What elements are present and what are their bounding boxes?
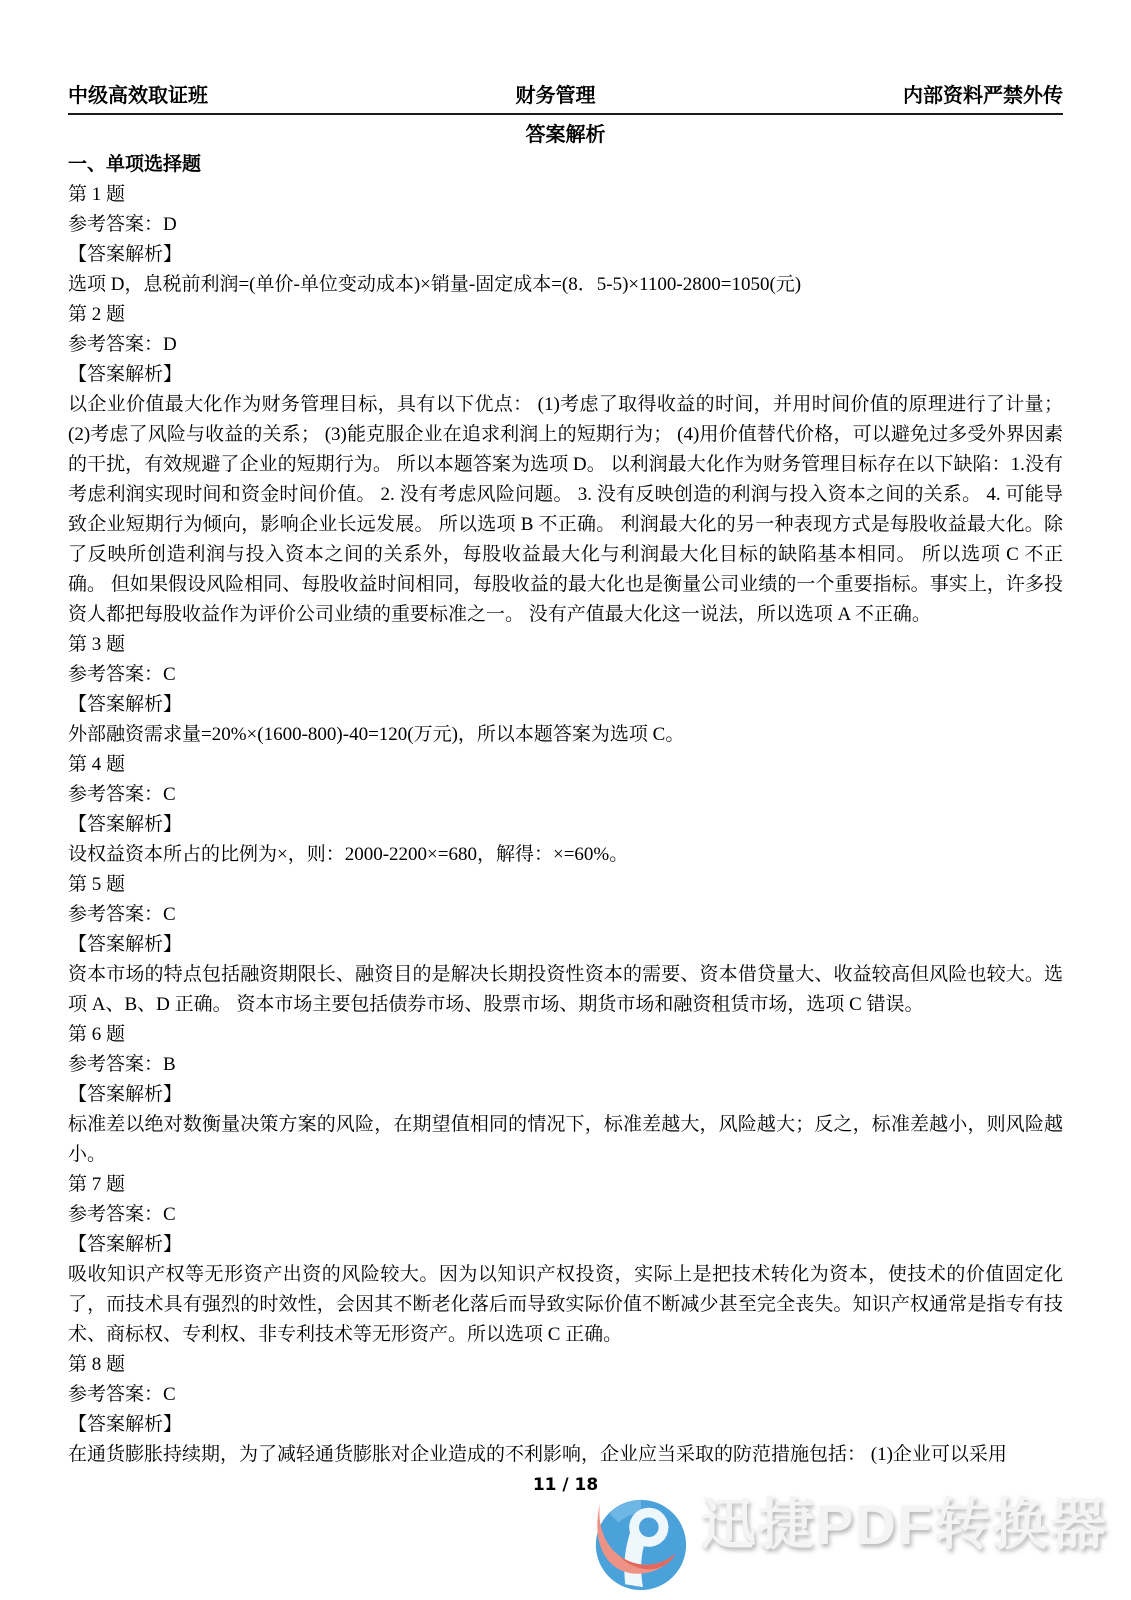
document-title: 答案解析 (68, 120, 1063, 150)
analysis-text: 在通货膨胀持续期，为了减轻通货膨胀对企业造成的不利影响，企业应当采取的防范措施包… (68, 1440, 1063, 1470)
question-block: 第 6 题 参考答案：B 【答案解析】 标准差以绝对数衡量决策方案的风险，在期望… (68, 1020, 1063, 1170)
reference-answer: 参考答案：C (68, 1380, 1063, 1410)
header-confidential-notice: 内部资料严禁外传 (903, 84, 1063, 108)
question-block: 第 2 题 参考答案：D 【答案解析】 以企业价值最大化作为财务管理目标，具有以… (68, 300, 1063, 630)
analysis-label: 【答案解析】 (68, 1080, 1063, 1110)
analysis-text: 资本市场的特点包括融资期限长、融资目的是解决长期投资性资本的需要、资本借贷量大、… (68, 960, 1063, 1020)
reference-answer: 参考答案：B (68, 1050, 1063, 1080)
analysis-label: 【答案解析】 (68, 690, 1063, 720)
reference-answer: 参考答案：C (68, 780, 1063, 810)
question-block: 第 7 题 参考答案：C 【答案解析】 吸收知识产权等无形资产出资的风险较大。因… (68, 1170, 1063, 1350)
header-rule (68, 113, 1063, 115)
analysis-text: 标准差以绝对数衡量决策方案的风险，在期望值相同的情况下，标准差越大，风险越大；反… (68, 1110, 1063, 1170)
reference-answer: 参考答案：D (68, 210, 1063, 240)
reference-answer: 参考答案：D (68, 330, 1063, 360)
question-block: 第 1 题 参考答案：D 【答案解析】 选项 D，息税前利润=(单价-单位变动成… (68, 180, 1063, 300)
analysis-label: 【答案解析】 (68, 1410, 1063, 1440)
reference-answer: 参考答案：C (68, 900, 1063, 930)
analysis-text: 选项 D，息税前利润=(单价-单位变动成本)×销量-固定成本=(8．5-5)×1… (68, 270, 1063, 300)
question-number: 第 7 题 (68, 1170, 1063, 1200)
question-block: 第 8 题 参考答案：C 【答案解析】 在通货膨胀持续期，为了减轻通货膨胀对企业… (68, 1350, 1063, 1470)
analysis-text: 外部融资需求量=20%×(1600-800)-40=120(万元)，所以本题答案… (68, 720, 1063, 750)
reference-answer: 参考答案：C (68, 1200, 1063, 1230)
question-block: 第 5 题 参考答案：C 【答案解析】 资本市场的特点包括融资期限长、融资目的是… (68, 870, 1063, 1020)
analysis-label: 【答案解析】 (68, 1230, 1063, 1260)
analysis-text: 吸收知识产权等无形资产出资的风险较大。因为以知识产权投资，实际上是把技术转化为资… (68, 1260, 1063, 1350)
page-content: 中级高效取证班 财务管理 内部资料严禁外传 答案解析 一、单项选择题 第 1 题… (68, 0, 1063, 1470)
question-block: 第 3 题 参考答案：C 【答案解析】 外部融资需求量=20%×(1600-80… (68, 630, 1063, 750)
section-heading: 一、单项选择题 (68, 150, 1063, 180)
analysis-text: 设权益资本所占的比例为×，则：2000-2200×=680，解得：×=60%。 (68, 840, 1063, 870)
question-block: 第 4 题 参考答案：C 【答案解析】 设权益资本所占的比例为×，则：2000-… (68, 750, 1063, 870)
header-course-level: 中级高效取证班 (68, 84, 208, 108)
analysis-label: 【答案解析】 (68, 360, 1063, 390)
analysis-text: 以企业价值最大化作为财务管理目标，具有以下优点： (1)考虑了取得收益的时间，并… (68, 390, 1063, 630)
pdf-converter-logo-icon (588, 1492, 690, 1594)
question-number: 第 1 题 (68, 180, 1063, 210)
question-number: 第 6 题 (68, 1020, 1063, 1050)
question-number: 第 4 题 (68, 750, 1063, 780)
question-number: 第 5 题 (68, 870, 1063, 900)
header-subject: 财务管理 (516, 84, 596, 108)
watermark-text: 迅捷PDF转换器 (700, 1495, 1108, 1555)
analysis-label: 【答案解析】 (68, 810, 1063, 840)
page-header: 中级高效取证班 财务管理 内部资料严禁外传 (68, 84, 1063, 108)
analysis-label: 【答案解析】 (68, 240, 1063, 270)
watermark: 迅捷PDF转换器 (588, 1492, 1108, 1594)
question-number: 第 3 题 (68, 630, 1063, 660)
question-number: 第 8 题 (68, 1350, 1063, 1380)
questions-list: 第 1 题 参考答案：D 【答案解析】 选项 D，息税前利润=(单价-单位变动成… (68, 180, 1063, 1470)
reference-answer: 参考答案：C (68, 660, 1063, 690)
question-number: 第 2 题 (68, 300, 1063, 330)
analysis-label: 【答案解析】 (68, 930, 1063, 960)
